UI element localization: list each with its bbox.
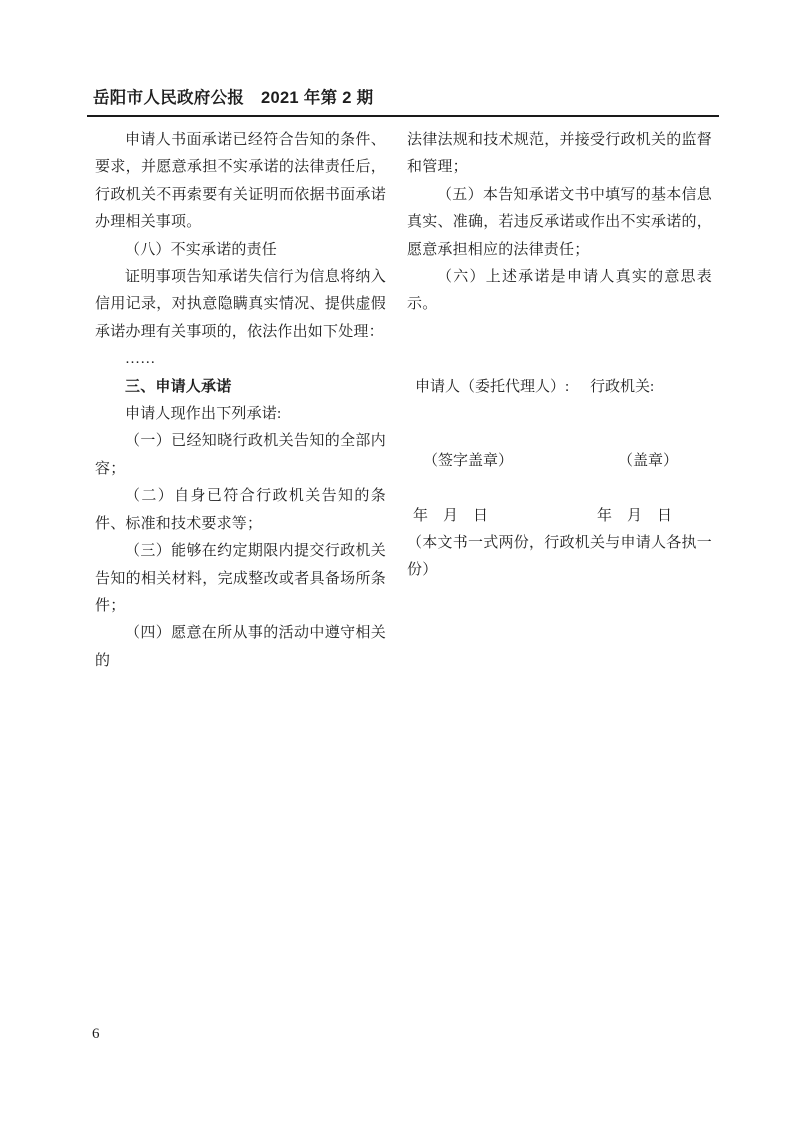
signature-seals-row: （签字盖章） （盖章） [407,448,712,475]
paragraph: （四）愿意在所从事的活动中遵守相关的 [95,620,386,675]
gazette-page: 岳阳市人民政府公报 2021 年第 2 期 申请人书面承诺已经符合告知的条件、要… [0,0,793,1122]
paragraph: …… [95,346,386,373]
paragraph: 法律法规和技术规范，并接受行政机关的监督和管理； [407,127,712,182]
signature-labels-row: 申请人（委托代理人）: 行政机关: [407,374,712,401]
right-column-paragraphs: 法律法规和技术规范，并接受行政机关的监督和管理；（五）本告知承诺文书中填写的基本… [407,127,712,319]
paragraph: （六）上述承诺是申请人真实的意思表示。 [407,264,712,319]
left-column: 申请人书面承诺已经符合告知的条件、要求，并愿意承担不实承诺的法律责任后，行政机关… [95,127,386,675]
seal-label: （盖章） [618,448,678,475]
authority-label: 行政机关: [590,374,654,401]
paragraph: 证明事项告知承诺失信行为信息将纳入信用记录，对执意隐瞒真实情况、提供虚假承诺办理… [95,264,386,346]
sign-seal-label: （签字盖章） [423,448,513,475]
right-column: 法律法规和技术规范，并接受行政机关的监督和管理；（五）本告知承诺文书中填写的基本… [407,127,712,675]
header-title: 岳阳市人民政府公报 2021 年第 2 期 [93,89,373,107]
signature-dates-row: 年 月 日 年 月 日 [407,503,712,530]
page-header: 岳阳市人民政府公报 2021 年第 2 期 [87,84,719,117]
copies-note: （本文书一式两份，行政机关与申请人各执一份） [407,530,712,585]
paragraph: （五）本告知承诺文书中填写的基本信息真实、准确，若违反承诺或作出不实承诺的，愿意… [407,182,712,264]
applicant-label: 申请人（委托代理人）: [415,374,569,401]
paragraph: 申请人现作出下列承诺: [95,401,386,428]
date-line-applicant: 年 月 日 [413,503,488,530]
two-column-body: 申请人书面承诺已经符合告知的条件、要求，并愿意承担不实承诺的法律责任后，行政机关… [95,127,712,675]
signature-block: 申请人（委托代理人）: 行政机关: （签字盖章） （盖章） 年 月 日 年 月 … [407,374,712,585]
paragraph: （八）不实承诺的责任 [95,237,386,264]
paragraph: 三、申请人承诺 [95,374,386,401]
paragraph: （三）能够在约定期限内提交行政机关告知的相关材料，完成整改或者具备场所条件； [95,538,386,620]
paragraph: （一）已经知晓行政机关告知的全部内容； [95,428,386,483]
paragraph: 申请人书面承诺已经符合告知的条件、要求，并愿意承担不实承诺的法律责任后，行政机关… [95,127,386,237]
date-line-authority: 年 月 日 [597,503,672,530]
paragraph: （二）自身已符合行政机关告知的条件、标准和技术要求等； [95,483,386,538]
page-number: 6 [92,1024,100,1044]
